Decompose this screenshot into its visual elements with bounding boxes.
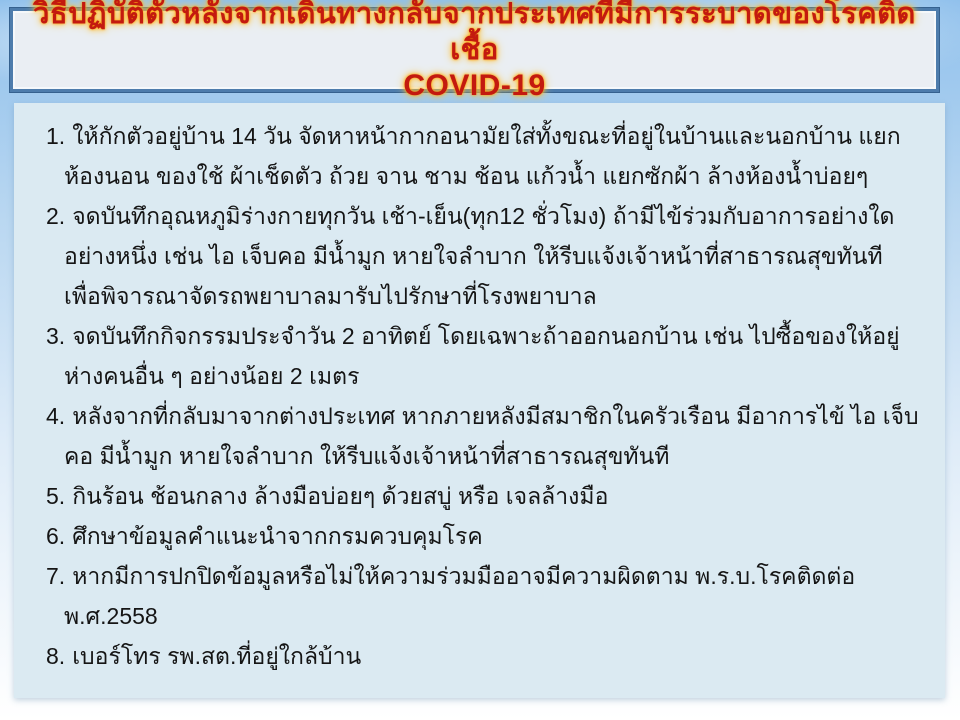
guideline-item: 6.ศึกษาข้อมูลคำแนะนำจากกรมควบคุมโรค bbox=[30, 516, 921, 556]
guideline-item-text: หลังจากที่กลับมาจากต่างประเทศ หากภายหลัง… bbox=[64, 403, 919, 469]
guideline-item-number: 7. bbox=[46, 563, 65, 589]
guideline-item-number: 1. bbox=[46, 123, 65, 149]
guideline-item-text: ให้กักตัวอยู่บ้าน 14 วัน จัดหาหน้ากากอนา… bbox=[64, 123, 901, 189]
guideline-item: 1.ให้กักตัวอยู่บ้าน 14 วัน จัดหาหน้ากากอ… bbox=[30, 116, 921, 196]
guideline-item: 7.หากมีการปกปิดข้อมูลหรือไม่ให้ความร่วมม… bbox=[30, 556, 921, 636]
guideline-item: 8.เบอร์โทร รพ.สต.ที่อยู่ใกล้บ้าน bbox=[30, 636, 921, 676]
guideline-item-text: กินร้อน ช้อนกลาง ล้างมือบ่อยๆ ด้วยสบู่ ห… bbox=[72, 483, 608, 509]
guideline-item: 4.หลังจากที่กลับมาจากต่างประเทศ หากภายหล… bbox=[30, 396, 921, 476]
guideline-item-text: ศึกษาข้อมูลคำแนะนำจากกรมควบคุมโรค bbox=[72, 523, 483, 549]
guideline-list: 1.ให้กักตัวอยู่บ้าน 14 วัน จัดหาหน้ากากอ… bbox=[14, 103, 945, 676]
guideline-item-text: จดบันทึกกิจกรรมประจำวัน 2 อาทิตย์ โดยเฉพ… bbox=[64, 323, 900, 389]
guideline-item: 3.จดบันทึกกิจกรรมประจำวัน 2 อาทิตย์ โดยเ… bbox=[30, 316, 921, 396]
guideline-item-text: หากมีการปกปิดข้อมูลหรือไม่ให้ความร่วมมือ… bbox=[64, 563, 855, 629]
guideline-item-number: 2. bbox=[46, 203, 65, 229]
title-box: วิธีปฏิบัติตัวหลังจากเดินทางกลับจากประเท… bbox=[10, 8, 939, 92]
guideline-item-number: 5. bbox=[46, 483, 65, 509]
page-title-covid19: COVID-19 bbox=[403, 68, 545, 104]
guideline-item-text: เบอร์โทร รพ.สต.ที่อยู่ใกล้บ้าน bbox=[72, 643, 361, 669]
guidelines-panel: 1.ให้กักตัวอยู่บ้าน 14 วัน จัดหาหน้ากากอ… bbox=[14, 103, 945, 698]
guideline-item-number: 4. bbox=[46, 403, 65, 429]
guideline-item-number: 3. bbox=[46, 323, 65, 349]
guideline-item-text: จดบันทึกอุณหภูมิร่างกายทุกวัน เช้า-เย็น(… bbox=[64, 203, 895, 309]
guideline-item: 2.จดบันทึกอุณหภูมิร่างกายทุกวัน เช้า-เย็… bbox=[30, 196, 921, 316]
page-title: วิธีปฏิบัติตัวหลังจากเดินทางกลับจากประเท… bbox=[13, 0, 936, 68]
guideline-item-number: 8. bbox=[46, 643, 65, 669]
slide-background: วิธีปฏิบัติตัวหลังจากเดินทางกลับจากประเท… bbox=[0, 0, 960, 720]
guideline-item: 5.กินร้อน ช้อนกลาง ล้างมือบ่อยๆ ด้วยสบู่… bbox=[30, 476, 921, 516]
guideline-item-number: 6. bbox=[46, 523, 65, 549]
